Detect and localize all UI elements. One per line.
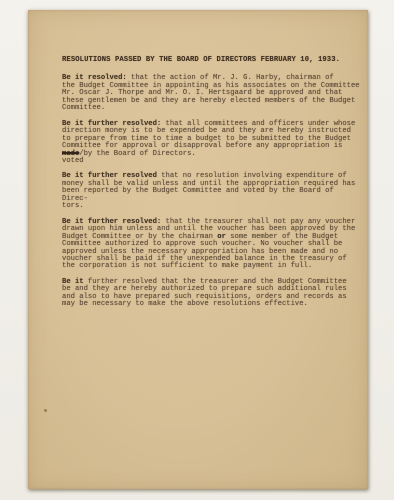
document-title: RESOLUTIONS PASSED BY THE BOARD OF DIREC…	[62, 57, 362, 64]
paragraph-1: Be it resolved: that the action of Mr. J…	[62, 75, 362, 112]
paragraph-4: Be it further resolved: that the treasur…	[62, 219, 362, 271]
paragraph-5: Be it further resolved that the treasure…	[62, 279, 362, 309]
paragraph-3: Be it further resolved that no resolutio…	[62, 173, 362, 210]
paper-speck	[44, 409, 47, 412]
document-paper: RESOLUTIONS PASSED BY THE BOARD OF DIREC…	[28, 10, 368, 489]
paragraph-2-text-after-strike: /by the Board of Directors.	[79, 150, 195, 158]
paragraph-2: Be it further resolved: that all committ…	[62, 121, 362, 166]
document-body: RESOLUTIONS PASSED BY THE BOARD OF DIREC…	[62, 57, 362, 317]
typed-correction: voted	[62, 158, 362, 165]
paragraph-5-text: further resolved that the treasurer and …	[62, 278, 347, 308]
scan-background: RESOLUTIONS PASSED BY THE BOARD OF DIREC…	[0, 0, 394, 500]
